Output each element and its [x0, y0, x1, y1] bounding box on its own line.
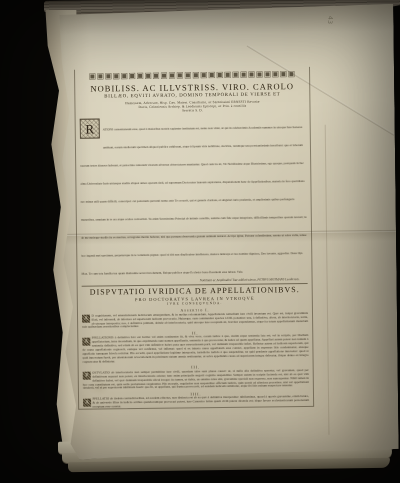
woodcut-initial: A [83, 399, 91, 407]
handwritten-folio-number: 43 [326, 16, 334, 25]
woodcut-initial: R [80, 118, 100, 138]
printed-text-block: ▣▣▣▣▣▣▣▣▣▣▣▣▣▣▣▣▣▣▣▣▣▣▣▣▣▣ NOBILISS. AC … [74, 67, 314, 410]
section-body-text: PPELLATIONIS à definitiva hæc est forma:… [82, 334, 308, 363]
photo-of-book-page: 43 ▣▣▣▣▣▣▣▣▣▣▣▣▣▣▣▣▣▣▣▣▣▣▣▣▣▣ NOBILISS. … [0, 0, 400, 483]
section-text: A D cognitionem, vel emendationem iudici… [82, 312, 308, 330]
woodcut-initial: A [82, 338, 90, 346]
printed-page: 43 ▣▣▣▣▣▣▣▣▣▣▣▣▣▣▣▣▣▣▣▣▣▣▣▣▣▣ NOBILISS. … [47, 4, 398, 460]
section-text: A PPELLATIONIS à definitiva hæc est form… [82, 334, 308, 364]
section-body-text: PPELLATIO ab iisdem contradictoribus, ad… [93, 395, 310, 408]
fold-crease-vertical [325, 125, 330, 435]
section-body-text: D cognitionem, vel emendationem iudicior… [82, 312, 308, 329]
section-text: A PPELLATIO ab iisdem contradictoribus, … [83, 395, 309, 409]
printers-ornament-band: ▣▣▣▣▣▣▣▣▣▣▣▣▣▣▣▣▣▣▣▣▣▣▣▣▣▣ [79, 69, 305, 82]
dedication-paragraph: R ATIONI consentaneum esse, quod à maior… [80, 115, 308, 284]
section-text: P OSTVLATIO ab interlocutoria non semper… [83, 369, 309, 391]
section-body-text: OSTVLATIO ab interlocutoria non semper p… [83, 369, 309, 390]
woodcut-initial: P [83, 372, 91, 380]
dedication-body-text: ATIONI consentaneum esse, quod à maiorib… [80, 125, 306, 276]
woodcut-initial: A [82, 315, 90, 323]
